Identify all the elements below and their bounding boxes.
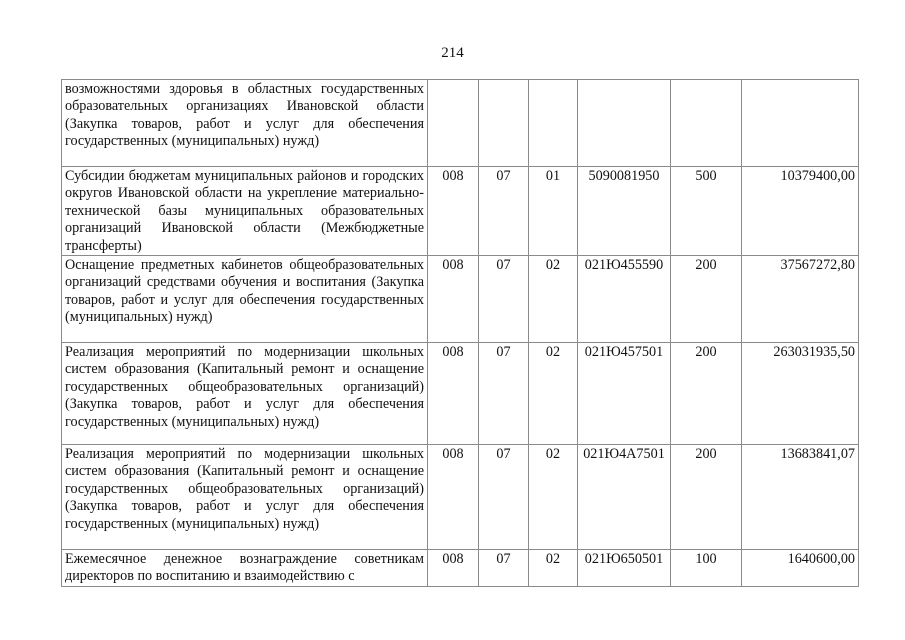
budget-table: возможностями здоровья в областных госуд… (61, 79, 859, 587)
section-code: 07 (479, 343, 529, 445)
subsection-code: 02 (529, 256, 578, 343)
row-description: Субсидии бюджетам муниципальных районов … (62, 167, 428, 256)
row-description: Оснащение предметных кабинетов общеобраз… (62, 256, 428, 343)
section-code: 07 (479, 550, 529, 587)
expense-type-code: 200 (671, 256, 742, 343)
expense-type-code: 200 (671, 343, 742, 445)
amount-value (742, 80, 859, 167)
ministry-code: 008 (428, 550, 479, 587)
table-row: Оснащение предметных кабинетов общеобраз… (62, 256, 859, 343)
expense-type-code (671, 80, 742, 167)
expense-type-code: 100 (671, 550, 742, 587)
section-code: 07 (479, 445, 529, 550)
expense-type-code: 500 (671, 167, 742, 256)
amount-value: 37567272,80 (742, 256, 859, 343)
ministry-code: 008 (428, 343, 479, 445)
section-code: 07 (479, 256, 529, 343)
amount-value: 10379400,00 (742, 167, 859, 256)
row-description: Реализация мероприятий по модернизации ш… (62, 445, 428, 550)
subsection-code: 02 (529, 343, 578, 445)
expense-type-code: 200 (671, 445, 742, 550)
table-row: Ежемесячное денежное вознаграждение сове… (62, 550, 859, 587)
table-row: Субсидии бюджетам муниципальных районов … (62, 167, 859, 256)
ministry-code: 008 (428, 167, 479, 256)
table-row: Реализация мероприятий по модернизации ш… (62, 343, 859, 445)
ministry-code: 008 (428, 256, 479, 343)
target-article-code (578, 80, 671, 167)
target-article-code: 021Ю650501 (578, 550, 671, 587)
subsection-code: 01 (529, 167, 578, 256)
target-article-code: 021Ю455590 (578, 256, 671, 343)
subsection-code: 02 (529, 445, 578, 550)
amount-value: 13683841,07 (742, 445, 859, 550)
section-code (479, 80, 529, 167)
ministry-code: 008 (428, 445, 479, 550)
subsection-code (529, 80, 578, 167)
amount-value: 263031935,50 (742, 343, 859, 445)
amount-value: 1640600,00 (742, 550, 859, 587)
ministry-code (428, 80, 479, 167)
row-description: возможностями здоровья в областных госуд… (62, 80, 428, 167)
table-row: Реализация мероприятий по модернизации ш… (62, 445, 859, 550)
subsection-code: 02 (529, 550, 578, 587)
table-row: возможностями здоровья в областных госуд… (62, 80, 859, 167)
row-description: Реализация мероприятий по модернизации ш… (62, 343, 428, 445)
target-article-code: 5090081950 (578, 167, 671, 256)
target-article-code: 021Ю457501 (578, 343, 671, 445)
section-code: 07 (479, 167, 529, 256)
page-number: 214 (0, 44, 905, 62)
row-description: Ежемесячное денежное вознаграждение сове… (62, 550, 428, 587)
target-article-code: 021Ю4А7501 (578, 445, 671, 550)
